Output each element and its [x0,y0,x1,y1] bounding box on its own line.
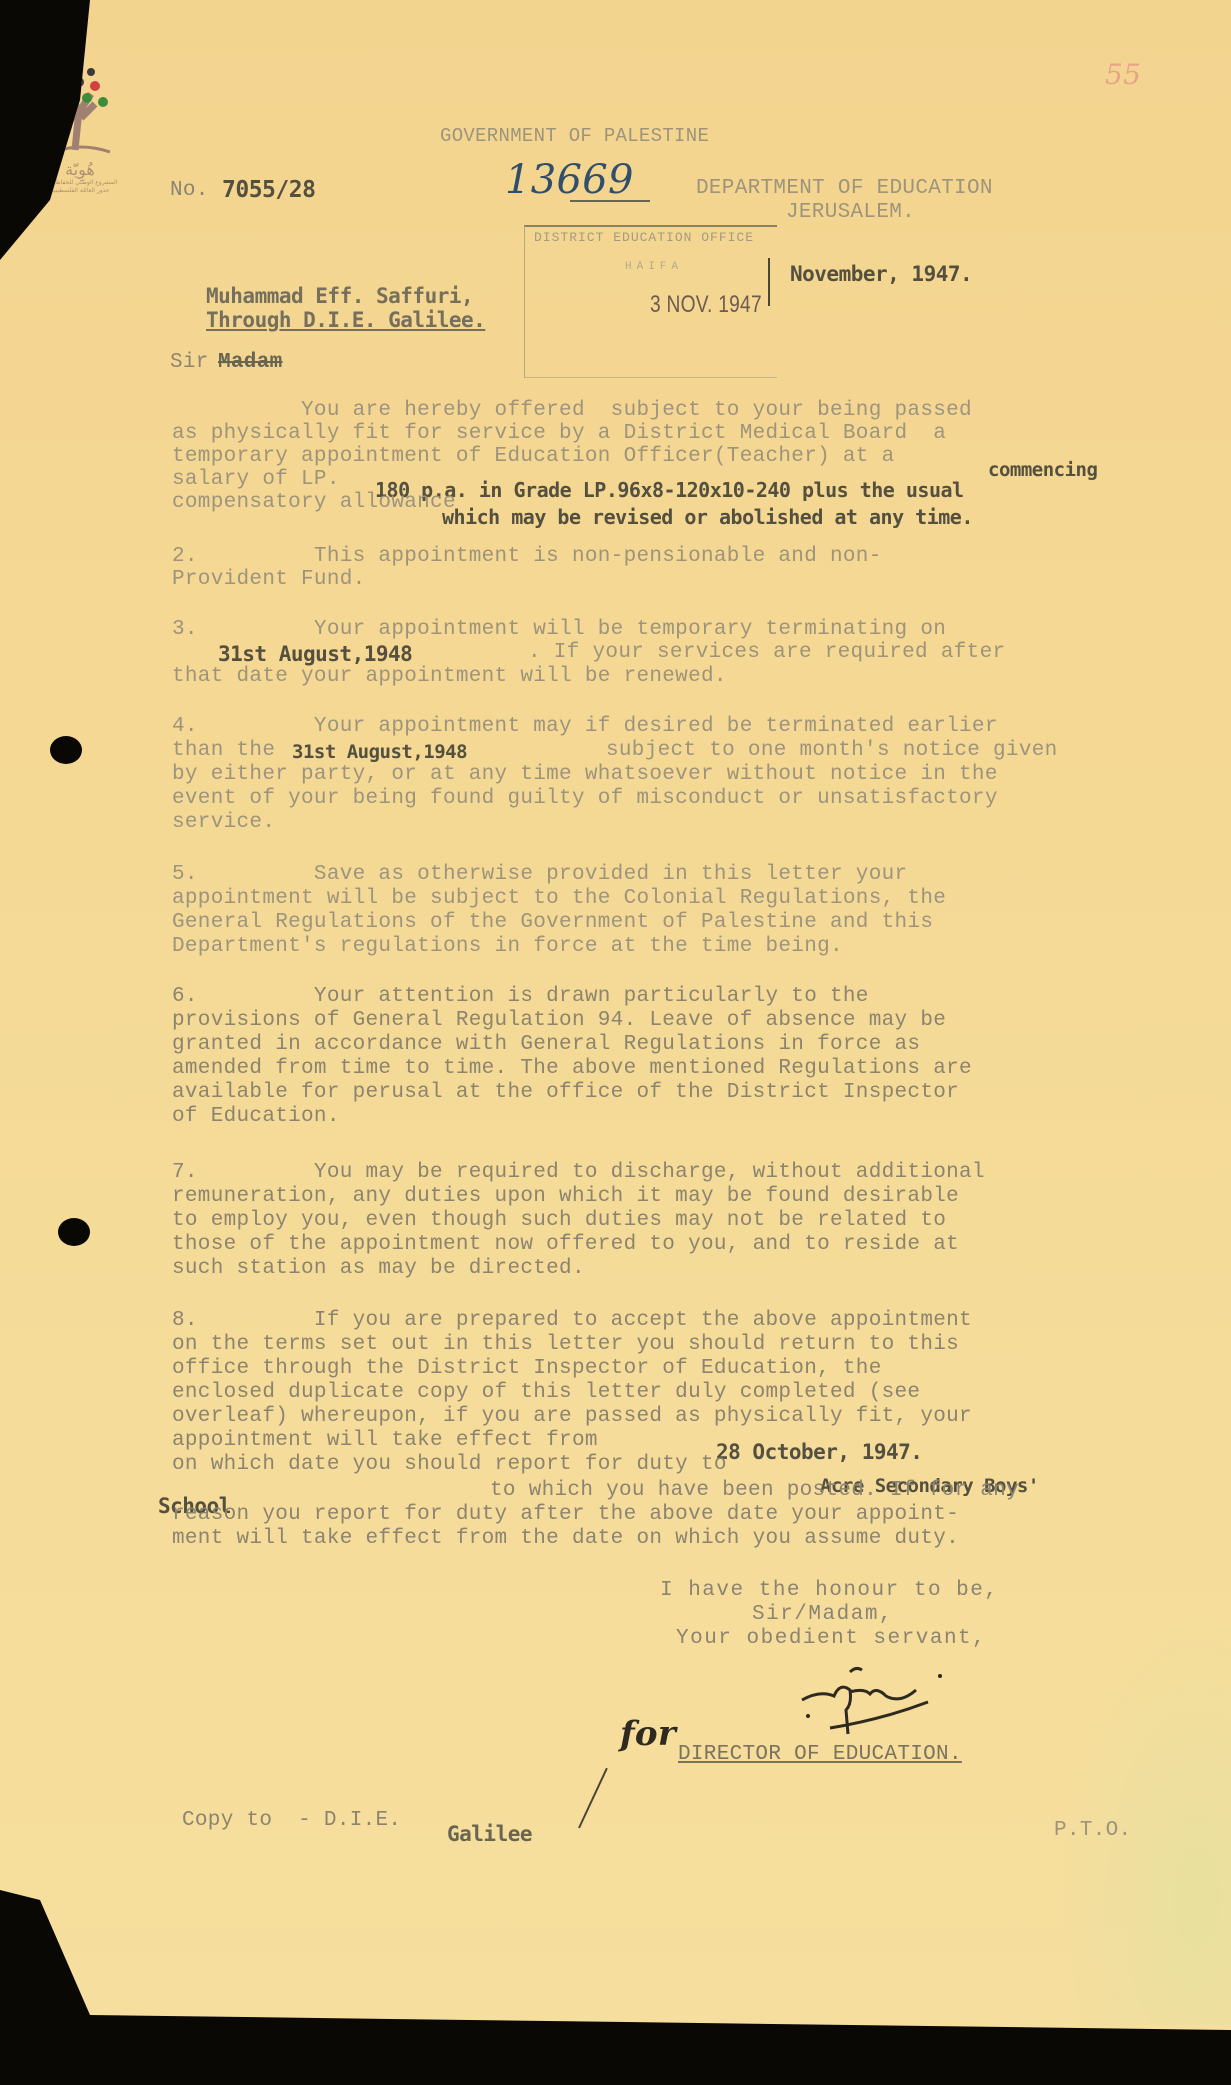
date-handwritten-stroke [768,258,770,306]
copy-to-insert: Galilee [447,1822,532,1847]
p4-line-2a: than the [172,738,275,763]
p8-line-6: appointment will take effect from [172,1428,598,1453]
p7-line-4: those of the appointment now offered to … [172,1232,959,1257]
p4-line-5: service. [172,810,275,835]
p8-line-4: enclosed duplicate copy of this letter d… [172,1380,920,1405]
p6-line-1: 6. Your attention is drawn particularly … [172,984,869,1009]
file-number-rule [570,200,650,202]
director-signature-icon [790,1660,950,1740]
stamp-date: 3 NOV. 1947 [650,292,762,317]
p4-line-1: 4. Your appointment may if desired be te… [172,714,998,739]
p7-line-5: such station as may be directed. [172,1256,585,1281]
closing-sir-madam: Sir/Madam, [752,1602,893,1627]
punch-hole [58,1218,90,1246]
p7-line-1: 7. You may be required to discharge, wit… [172,1160,985,1185]
letter-paper: هُوِيّة المشروع الوطني للحفاظ على جذور ا… [0,0,1231,2085]
p1-line-2: as physically fit for service by a Distr… [172,421,946,446]
addressee-name: Muhammad Eff. Saffuri, [206,284,473,309]
p1-insert-salary: 180 p.a. in Grade LP.96x8-120x10-240 plu… [375,478,964,503]
government-heading: GOVERNMENT OF PALESTINE [440,124,709,149]
p8-line-2: on the terms set out in this letter you … [172,1332,959,1357]
handwritten-file-number: 13669 [505,168,634,193]
p1-line-1: You are hereby offered subject to your b… [172,398,972,423]
logo-subtitle-2: جذور العائلة الفلسطينية [35,187,125,195]
ref-number: 7055/28 [222,178,315,203]
p6-line-2: provisions of General Regulation 94. Lea… [172,1008,946,1033]
p8-line-7: on which date you should report for duty… [172,1452,727,1477]
tree-logo-icon [35,60,125,155]
p5-line-2: appointment will be subject to the Colon… [172,886,946,911]
closing-servant: Your obedient servant, [676,1626,986,1651]
p4-line-3: by either party, or at any time whatsoev… [172,762,998,787]
p6-line-6: of Education. [172,1104,340,1129]
addressee-through: Through D.I.E. Galilee. [206,308,485,333]
p6-line-5: available for perusal at the office of t… [172,1080,959,1105]
paper-stain [1061,1605,1231,2025]
top-right-pencil-mark: 55 [1105,62,1141,87]
p8-line-5: overleaf) whereupon, if you are passed a… [172,1404,972,1429]
punch-hole [50,736,82,764]
stamp-city: HAIFA [625,255,683,280]
p3-line-3: that date your appointment will be renew… [172,664,727,689]
p3-line-1: 3. Your appointment will be temporary te… [172,617,946,642]
p3-line-2: . If your services are required after [528,640,1005,665]
department-city: JERUSALEM. [786,200,915,225]
p8-line-10: ment will take effect from the date on w… [172,1526,959,1551]
p4-line-4: event of your being found guilty of misc… [172,786,998,811]
p1-insert-allowance: which may be revised or abolished at any… [442,505,973,530]
p1-line-4: salary of LP. [172,467,340,492]
pto-mark: P.T.O. [1054,1818,1131,1843]
salutation-struck: Madam [218,350,283,375]
signatory-title: DIRECTOR OF EDUCATION. [678,1742,962,1767]
p8-line-8: to which you have been posted. If for an… [490,1478,1019,1503]
p1-line-3: temporary appointment of Education Offic… [172,444,895,469]
p8-insert-start-date: 28 October, 1947. [716,1440,922,1465]
p2-line-1: 2. This appointment is non-pensionable a… [172,544,882,569]
p8-line-1: 8. If you are prepared to accept the abo… [172,1308,972,1333]
for-director-prefix: for [620,1722,676,1747]
closing-honour: I have the honour to be, [660,1578,998,1603]
logo-subtitle-1: المشروع الوطني للحفاظ على [35,179,125,187]
p6-line-4: amended from time to time. The above men… [172,1056,972,1081]
ref-number-label: No. [170,178,209,203]
p7-line-3: to employ you, even though such duties m… [172,1208,946,1233]
p8-line-3: office through the District Inspector of… [172,1356,882,1381]
p5-line-3: General Regulations of the Government of… [172,910,933,935]
salutation: Sir [170,350,209,375]
p8-line-9: reason you report for duty after the abo… [172,1502,959,1527]
copy-check-stroke [578,1768,608,1829]
p1-line-5: compensatory allowance [172,490,456,515]
p5-line-1: 5. Save as otherwise provided in this le… [172,862,907,887]
p5-line-4: Department's regulations in force at the… [172,934,843,959]
stamp-office: DISTRICT EDUCATION OFFICE [534,225,754,250]
p1-insert-commencing: commencing [988,458,1097,483]
p6-line-3: granted in accordance with General Regul… [172,1032,920,1057]
department-heading: DEPARTMENT OF EDUCATION [696,176,993,201]
logo-title: هُوِيّة [35,160,125,179]
p7-line-2: remuneration, any duties upon which it m… [172,1184,959,1209]
copy-to-label: Copy to - D.I.E. [182,1808,401,1833]
letter-date: November, 1947. [790,262,972,287]
p4-line-2b: subject to one month's notice given [606,738,1058,763]
p2-line-2: Provident Fund. [172,567,366,592]
archive-logo: هُوِيّة المشروع الوطني للحفاظ على جذور ا… [35,60,125,195]
